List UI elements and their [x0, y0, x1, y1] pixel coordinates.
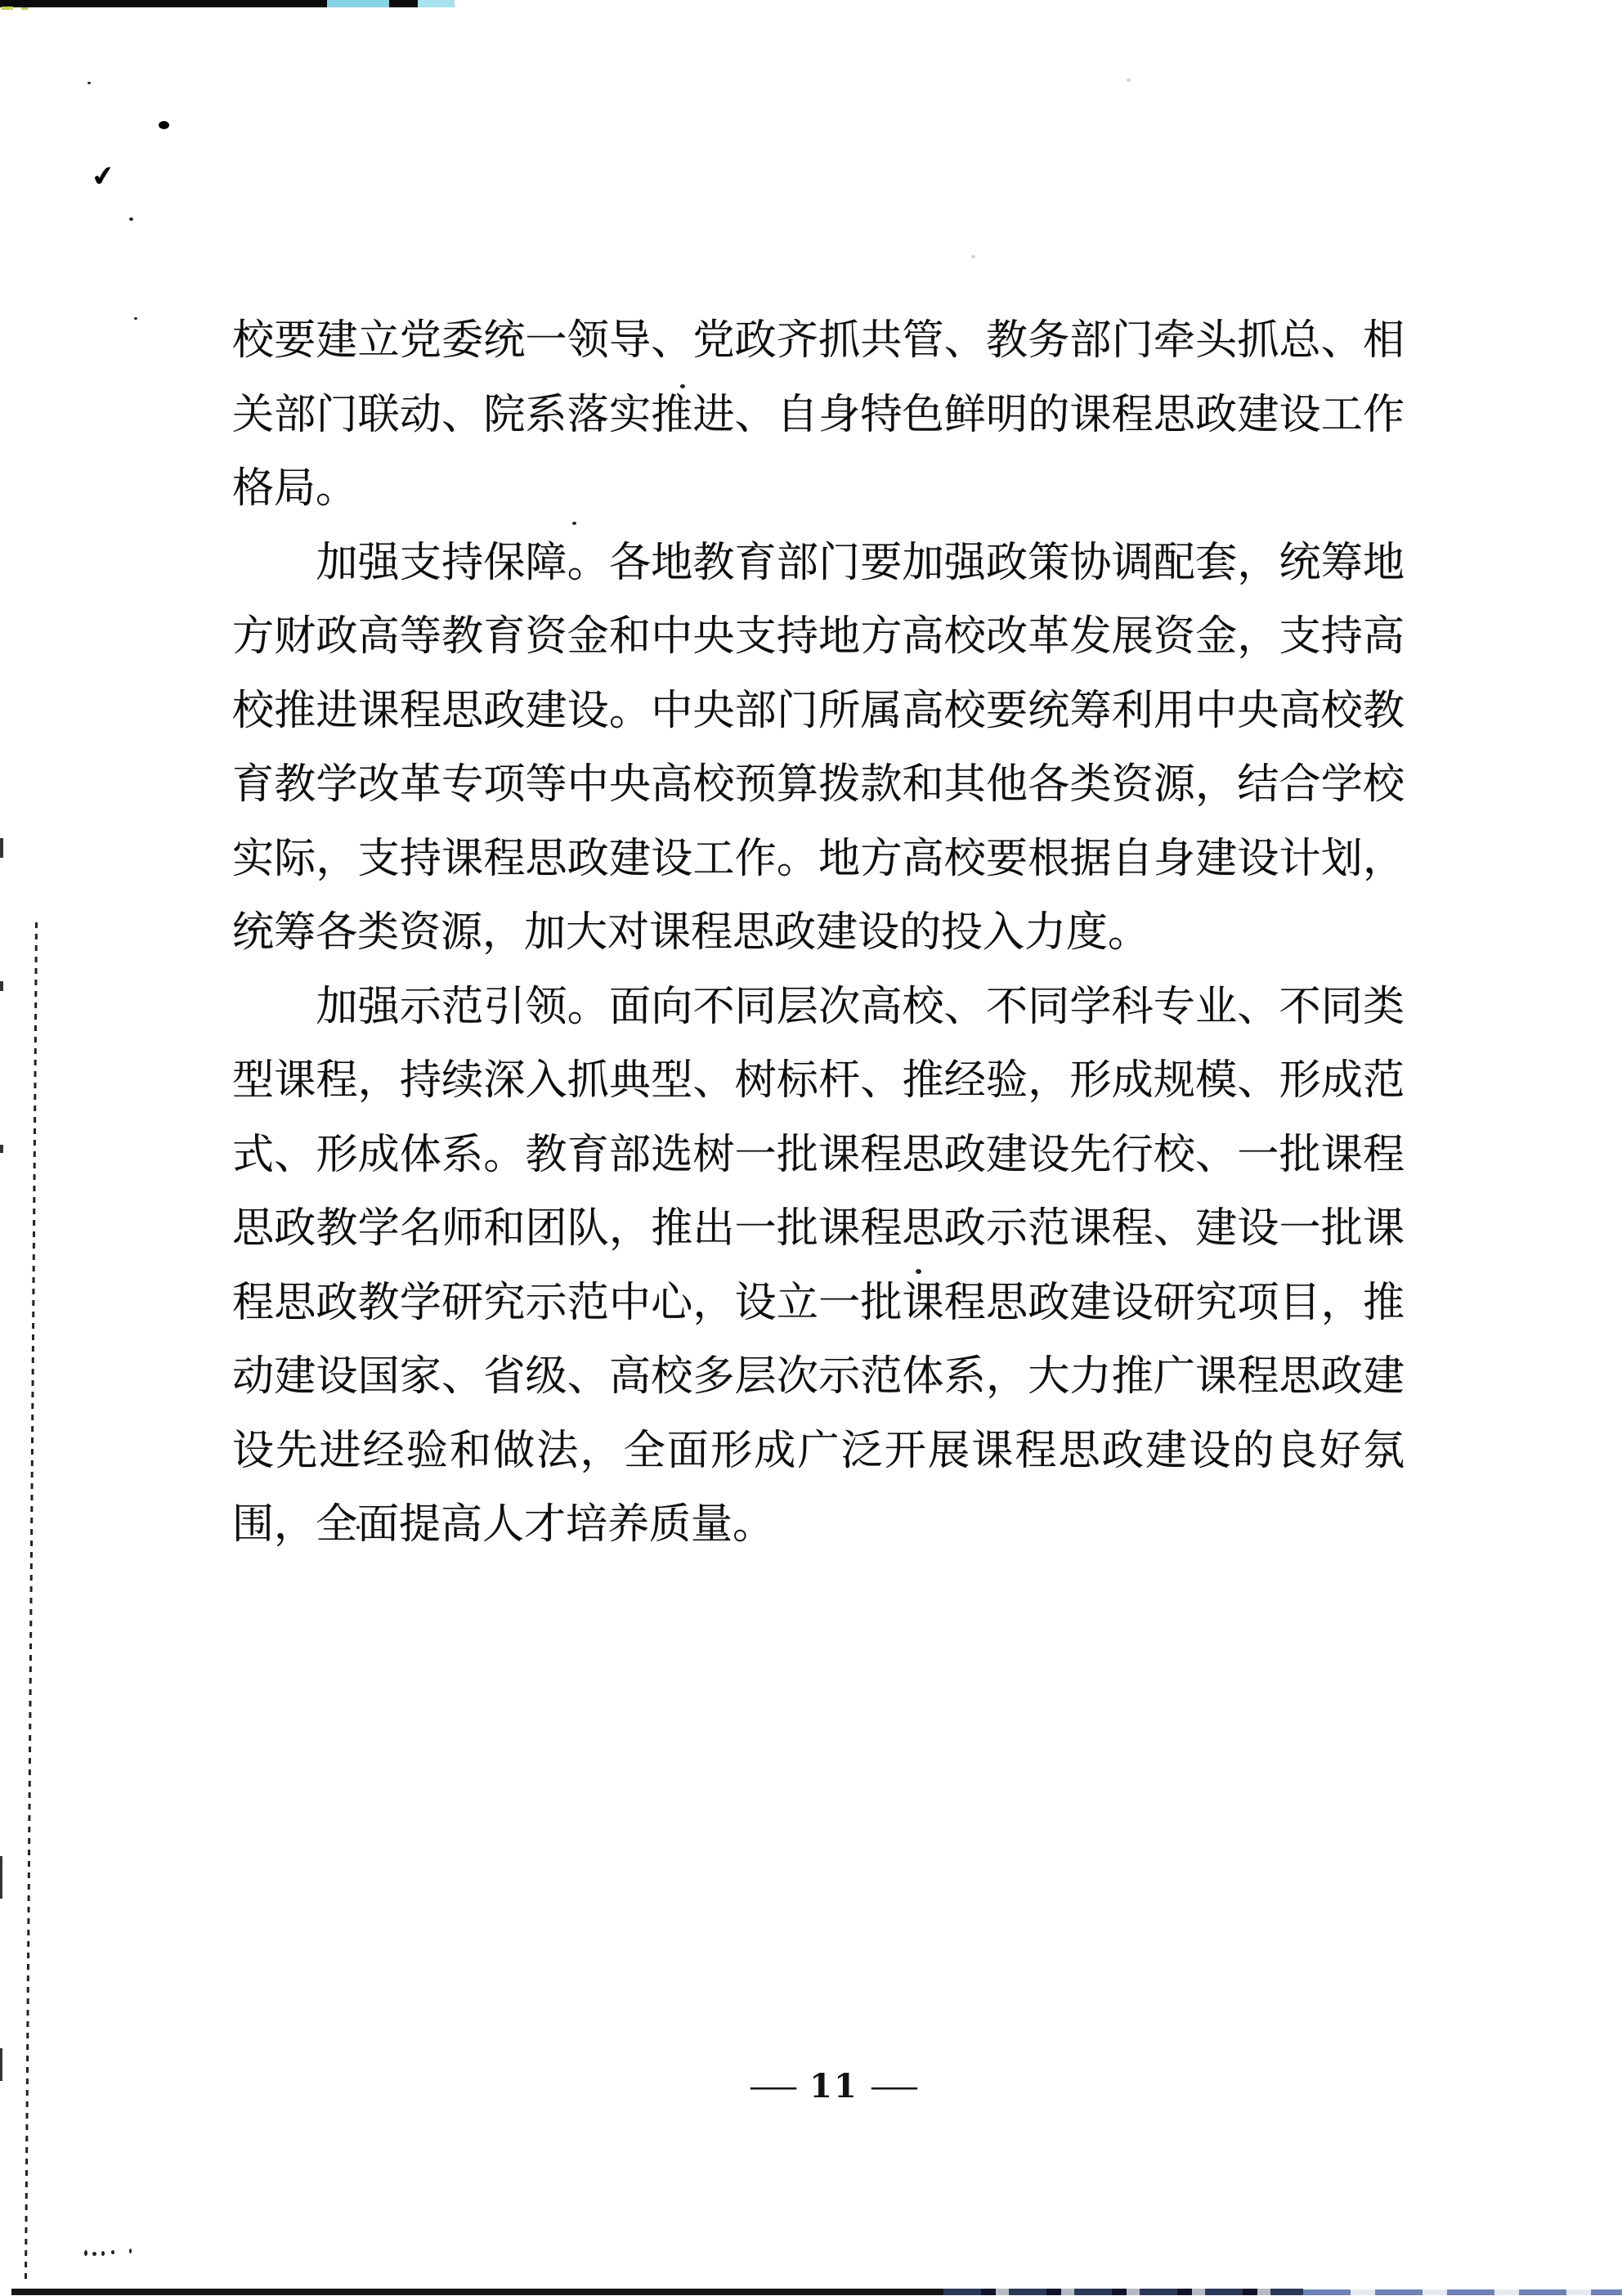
text-line: 程思政教学研究示范中心，设立一批课程思政建设研究项目，推 — [232, 1267, 1405, 1341]
text-line: 方财政高等教育资金和中央支持地方高校改革发展资金，支持高 — [232, 600, 1405, 675]
scan-artifact-smudge — [129, 2249, 132, 2253]
text-line: 加强支持保障。各地教育部门要加强政策协调配套，统筹地 — [232, 527, 1405, 601]
handwritten-check-mark: ✔ — [89, 159, 117, 195]
scan-artifact-bottom-edge — [11, 2289, 943, 2295]
scan-artifact-edge-mark — [0, 2048, 2, 2081]
page-number: — 11 — — [0, 2061, 1622, 2113]
scan-artifact-smudge — [92, 2252, 96, 2256]
text-line: 统筹各类资源，加大对课程思政建设的投入力度。 — [232, 896, 1405, 971]
scan-artifact-edge-mark — [0, 981, 3, 991]
text-line: 关部门联动、院系落实推进、自身特色鲜明的课程思政建设工作 — [232, 379, 1405, 453]
scan-artifact-smudge — [84, 2250, 87, 2256]
scan-artifact-speck — [2, 7, 13, 10]
text-line: 式、形成体系。教育部选树一批课程思政建设先行校、一批课程 — [232, 1119, 1405, 1193]
text-line: 育教学改革专项等中央高校预算拨款和其他各类资源，结合学校 — [232, 748, 1405, 823]
scan-artifact-smudge — [101, 2251, 105, 2256]
page-number-value: 11 — [809, 2067, 858, 2105]
scan-artifact-bottom-edge — [943, 2289, 1303, 2295]
text-line: 设先进经验和做法，全面形成广泛开展课程思政建设的良好氛 — [232, 1415, 1405, 1489]
page-number-dash-left: — — [748, 2061, 799, 2113]
text-line: 思政教学名师和团队，推出一批课程思政示范课程、建设一批课 — [232, 1192, 1405, 1267]
scan-artifact-top-edge-cyan — [418, 0, 455, 7]
scan-artifact-speck — [680, 384, 685, 388]
scan-artifact-speck — [971, 255, 975, 258]
scan-artifact-speck — [87, 82, 91, 84]
scan-artifact-speck — [1127, 78, 1131, 82]
scan-artifact-edge-mark — [0, 838, 3, 858]
text-line: 校推进课程思政建设。中央部门所属高校要统筹利用中央高校教 — [232, 675, 1405, 749]
scan-artifact-speck — [916, 1269, 921, 1274]
scan-artifact-edge-mark — [0, 1856, 2, 1899]
text-line: 加强示范引领。面向不同层次高校、不同学科专业、不同类 — [232, 971, 1405, 1045]
scan-artifact-speck — [21, 7, 28, 10]
text-line: 校要建立党委统一领导、党政齐抓共管、教务部门牵头抓总、相 — [232, 304, 1405, 379]
text-line: 型课程，持续深入抓典型、树标杆、推经验，形成规模、形成范 — [232, 1044, 1405, 1119]
text-line: 围，全面提高人才培养质量。 — [232, 1488, 1405, 1563]
scanned-document-page: 校要建立党委统一领导、党政齐抓共管、教务部门牵头抓总、相 关部门联动、院系落实推… — [0, 0, 1622, 2296]
text-line: 动建设国家、省级、高校多层次示范体系，大力推广课程思政建 — [232, 1340, 1405, 1415]
scan-artifact-speck — [134, 317, 137, 320]
document-text-block: 校要建立党委统一领导、党政齐抓共管、教务部门牵头抓总、相 关部门联动、院系落实推… — [232, 304, 1405, 1563]
scan-artifact-top-edge-cyan — [327, 0, 389, 7]
page-number-dash-right: — — [869, 2061, 920, 2113]
scan-artifact-edge-mark — [0, 1145, 3, 1153]
ink-blot — [159, 121, 169, 129]
scan-artifact-smudge — [111, 2250, 114, 2254]
scan-artifact-bottom-edge — [1303, 2289, 1622, 2295]
scan-artifact-speck — [129, 217, 133, 221]
text-line: 格局。 — [232, 452, 1405, 527]
scan-artifact-speck — [572, 522, 576, 525]
scan-artifact-speck — [356, 1526, 360, 1529]
text-line: 实际，支持课程思政建设工作。地方高校要根据自身建设计划， — [232, 823, 1405, 897]
